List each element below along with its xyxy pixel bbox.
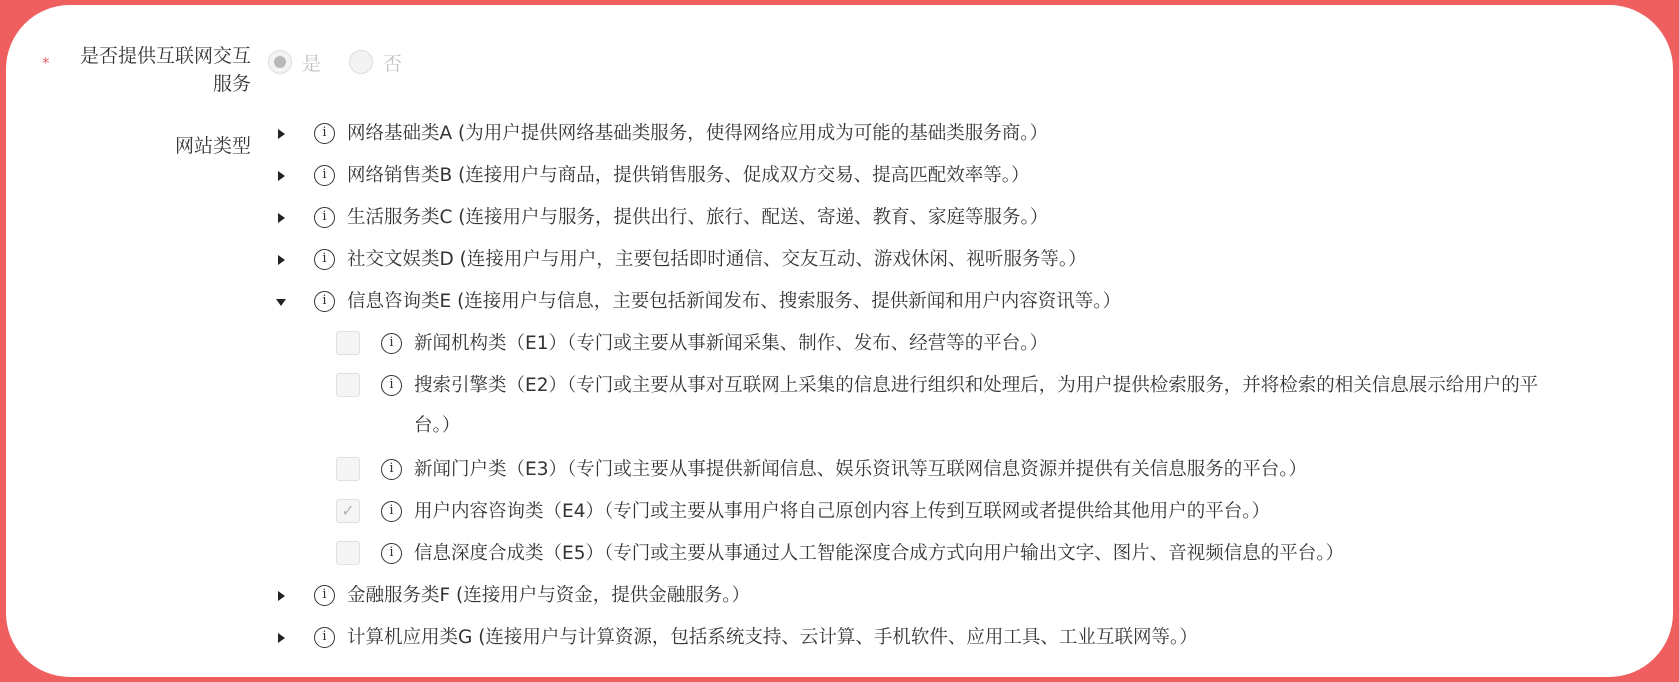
info-icon[interactable]: i [314, 291, 335, 312]
checkbox-e2[interactable] [336, 373, 360, 397]
radio-checked-icon[interactable] [268, 50, 292, 74]
caret-right-icon[interactable] [272, 204, 290, 232]
caret-right-icon[interactable] [272, 246, 290, 274]
tree-node-a[interactable]: i 网络基础类A (为用户提供网络基础类服务，使得网络应用成为可能的基础类服务商… [272, 120, 1612, 162]
tree-node-f[interactable]: i 金融服务类F (连接用户与资金，提供金融服务。） [272, 582, 1612, 624]
tree-node-b[interactable]: i 网络销售类B (连接用户与商品，提供销售服务、促成双方交易、提高匹配效率等。… [272, 162, 1612, 204]
info-icon[interactable]: i [314, 585, 335, 606]
info-icon[interactable]: i [381, 333, 402, 354]
info-icon[interactable]: i [381, 501, 402, 522]
checkbox-e4[interactable]: ✓ [336, 499, 360, 523]
info-icon[interactable]: i [314, 249, 335, 270]
tree-node-d[interactable]: i 社交文娱类D (连接用户与用户，主要包括即时通信、交友互动、游戏休闲、视听服… [272, 246, 1612, 288]
website-type-tree: i 网络基础类A (为用户提供网络基础类服务，使得网络应用成为可能的基础类服务商… [272, 120, 1612, 666]
radio-no[interactable]: 否 [349, 49, 402, 76]
radio-yes[interactable]: 是 [268, 49, 321, 76]
internet-interaction-field: * 是否提供互联网交互 服务 是 否 [6, 42, 430, 98]
info-icon[interactable]: i [314, 123, 335, 144]
caret-right-icon[interactable] [272, 162, 290, 190]
checkbox-e5[interactable] [336, 541, 360, 565]
website-type-field: 网站类型 [6, 132, 251, 160]
checkbox-e1[interactable] [336, 331, 360, 355]
info-icon[interactable]: i [314, 627, 335, 648]
website-type-label: 网站类型 [6, 132, 251, 160]
tree-leaf-e2[interactable]: i 搜索引擎类（E2）（专门或主要从事对互联网上采集的信息进行组织和处理后，为用… [336, 372, 1612, 456]
info-icon[interactable]: i [381, 543, 402, 564]
checkbox-e3[interactable] [336, 457, 360, 481]
info-icon[interactable]: i [314, 207, 335, 228]
caret-down-icon[interactable] [272, 288, 290, 316]
tree-node-g[interactable]: i 计算机应用类G (连接用户与计算资源，包括系统支持、云计算、手机软件、应用工… [272, 624, 1612, 666]
info-icon[interactable]: i [381, 375, 402, 396]
check-icon: ✓ [341, 497, 354, 525]
radio-unchecked-icon[interactable] [349, 50, 373, 74]
tree-node-e-children: i 新闻机构类（E1）（专门或主要从事新闻采集、制作、发布、经营等的平台。） i… [336, 330, 1612, 582]
internet-interaction-label: 是否提供互联网交互 服务 [6, 42, 251, 98]
caret-right-icon[interactable] [272, 582, 290, 610]
tree-leaf-e5[interactable]: i 信息深度合成类（E5）（专门或主要从事通过人工智能深度合成方式向用户输出文字… [336, 540, 1612, 582]
tree-node-c[interactable]: i 生活服务类C (连接用户与服务，提供出行、旅行、配送、寄递、教育、家庭等服务… [272, 204, 1612, 246]
caret-right-icon[interactable] [272, 120, 290, 148]
info-icon[interactable]: i [314, 165, 335, 186]
internet-interaction-radio-group: 是 否 [268, 48, 430, 76]
caret-right-icon[interactable] [272, 624, 290, 652]
info-icon[interactable]: i [381, 459, 402, 480]
